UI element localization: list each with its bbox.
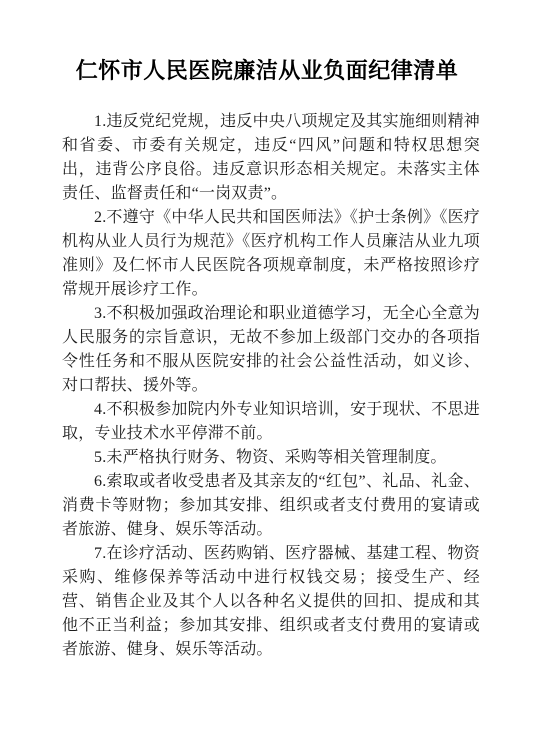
paragraph-3: 3.不积极加强政治理论和职业道德学习，无全心全意为人民服务的宗旨意识，无故不参加… xyxy=(62,302,480,398)
paragraph-5: 5.未严格执行财务、物资、采购等相关管理制度。 xyxy=(62,446,480,470)
paragraph-2: 2.不遵守《中华人民共和国医师法》《护士条例》《医疗机构从业人员行为规范》《医疗… xyxy=(62,206,480,302)
paragraph-7: 7.在诊疗活动、医药购销、医疗器械、基建工程、物资采购、维修保养等活动中进行权钱… xyxy=(62,542,480,662)
document-page: 仁怀市人民医院廉洁从业负面纪律清单 1.违反党纪党规，违反中央八项规定及其实施细… xyxy=(0,0,534,730)
document-title: 仁怀市人民医院廉洁从业负面纪律清单 xyxy=(62,56,472,86)
document-body: 1.违反党纪党规，违反中央八项规定及其实施细则精神和省委、市委有关规定，违反“四… xyxy=(62,110,480,662)
paragraph-1: 1.违反党纪党规，违反中央八项规定及其实施细则精神和省委、市委有关规定，违反“四… xyxy=(62,110,480,206)
paragraph-4: 4.不积极参加院内外专业知识培训，安于现状、不思进取，专业技术水平停滞不前。 xyxy=(62,398,480,446)
paragraph-6: 6.索取或者收受患者及其亲友的“红包”、礼品、礼金、消费卡等财物；参加其安排、组… xyxy=(62,470,480,542)
